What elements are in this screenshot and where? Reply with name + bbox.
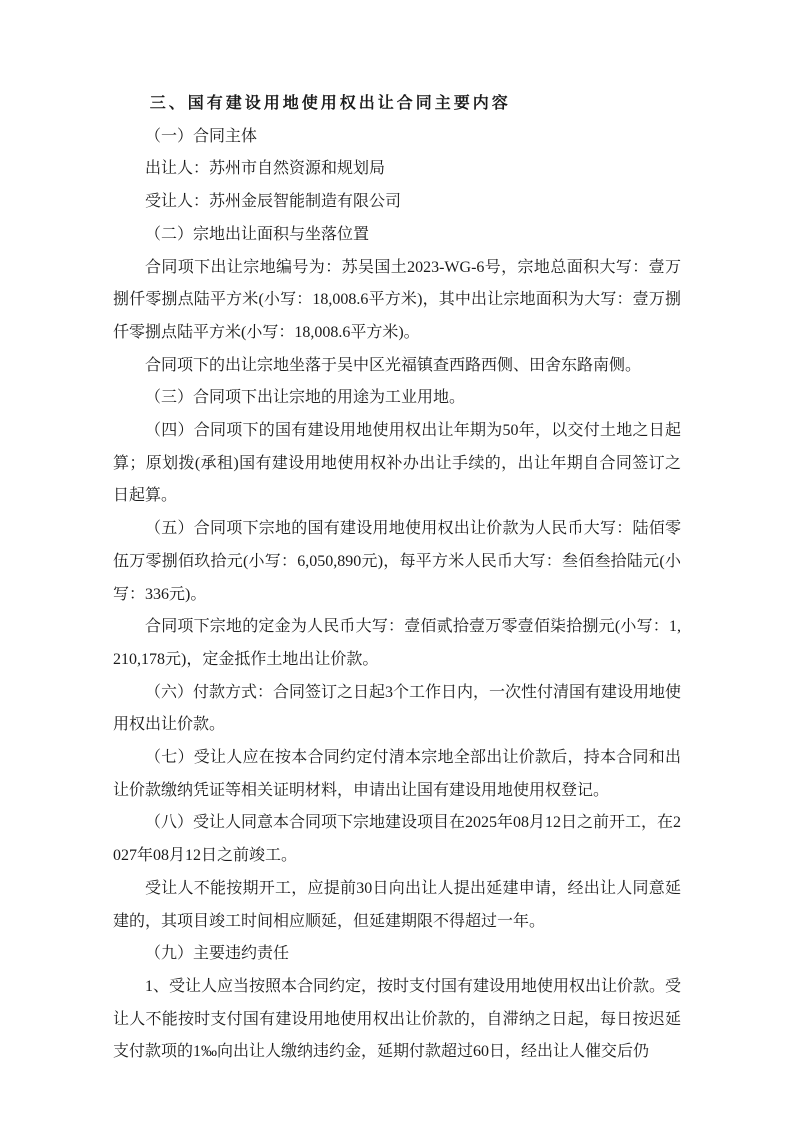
paragraph-section-5-price: （五）合同项下宗地的国有建设用地使用权出让价款为人民币大写：陆佰零伍万零捌佰玖拾…: [113, 513, 681, 611]
paragraph-section-4-term: （四）合同项下的国有建设用地使用权出让年期为50年，以交付土地之日起算；原划拨(…: [113, 415, 681, 513]
paragraph-section-9-label: （九）主要违约责任: [113, 938, 681, 971]
paragraph-section-8-construction-dates: （八）受让人同意本合同项下宗地建设项目在2025年08月12日之前开工，在202…: [113, 807, 681, 872]
paragraph-section-1-label: （一）合同主体: [113, 121, 681, 154]
paragraph-section-2-label: （二）宗地出让面积与坐落位置: [113, 219, 681, 252]
paragraph-grantee: 受让人：苏州金辰智能制造有限公司: [113, 186, 681, 219]
paragraph-deposit: 合同项下宗地的定金为人民币大写：壹佰贰拾壹万零壹佰柒拾捌元(小写：1,210,1…: [113, 611, 681, 676]
paragraph-parcel-location: 合同项下的出让宗地坐落于吴中区光福镇查西路西侧、田舍东路南侧。: [113, 350, 681, 383]
paragraph-section-7-registration: （七）受让人应在按本合同约定付清本宗地全部出让价款后，持本合同和出让价款缴纳凭证…: [113, 742, 681, 807]
paragraph-delay-application: 受让人不能按期开工，应提前30日向出让人提出延建申请，经出让人同意延建的，其项目…: [113, 873, 681, 938]
paragraph-section-6-payment: （六）付款方式：合同签订之日起3个工作日内，一次性付清国有建设用地使用权出让价款…: [113, 677, 681, 742]
paragraph-parcel-area: 合同项下出让宗地编号为：苏吴国土2023-WG-6号，宗地总面积大写：壹万捌仟零…: [113, 252, 681, 350]
document-heading: 三、国有建设用地使用权出让合同主要内容: [113, 88, 681, 121]
paragraph-breach-liability: 1、受让人应当按照本合同约定，按时支付国有建设用地使用权出让价款。受让人不能按时…: [113, 971, 681, 1069]
paragraph-grantor: 出让人：苏州市自然资源和规划局: [113, 153, 681, 186]
paragraph-section-3-land-use: （三）合同项下出让宗地的用途为工业用地。: [113, 382, 681, 415]
document-page: 三、国有建设用地使用权出让合同主要内容 （一）合同主体 出让人：苏州市自然资源和…: [0, 0, 794, 1123]
